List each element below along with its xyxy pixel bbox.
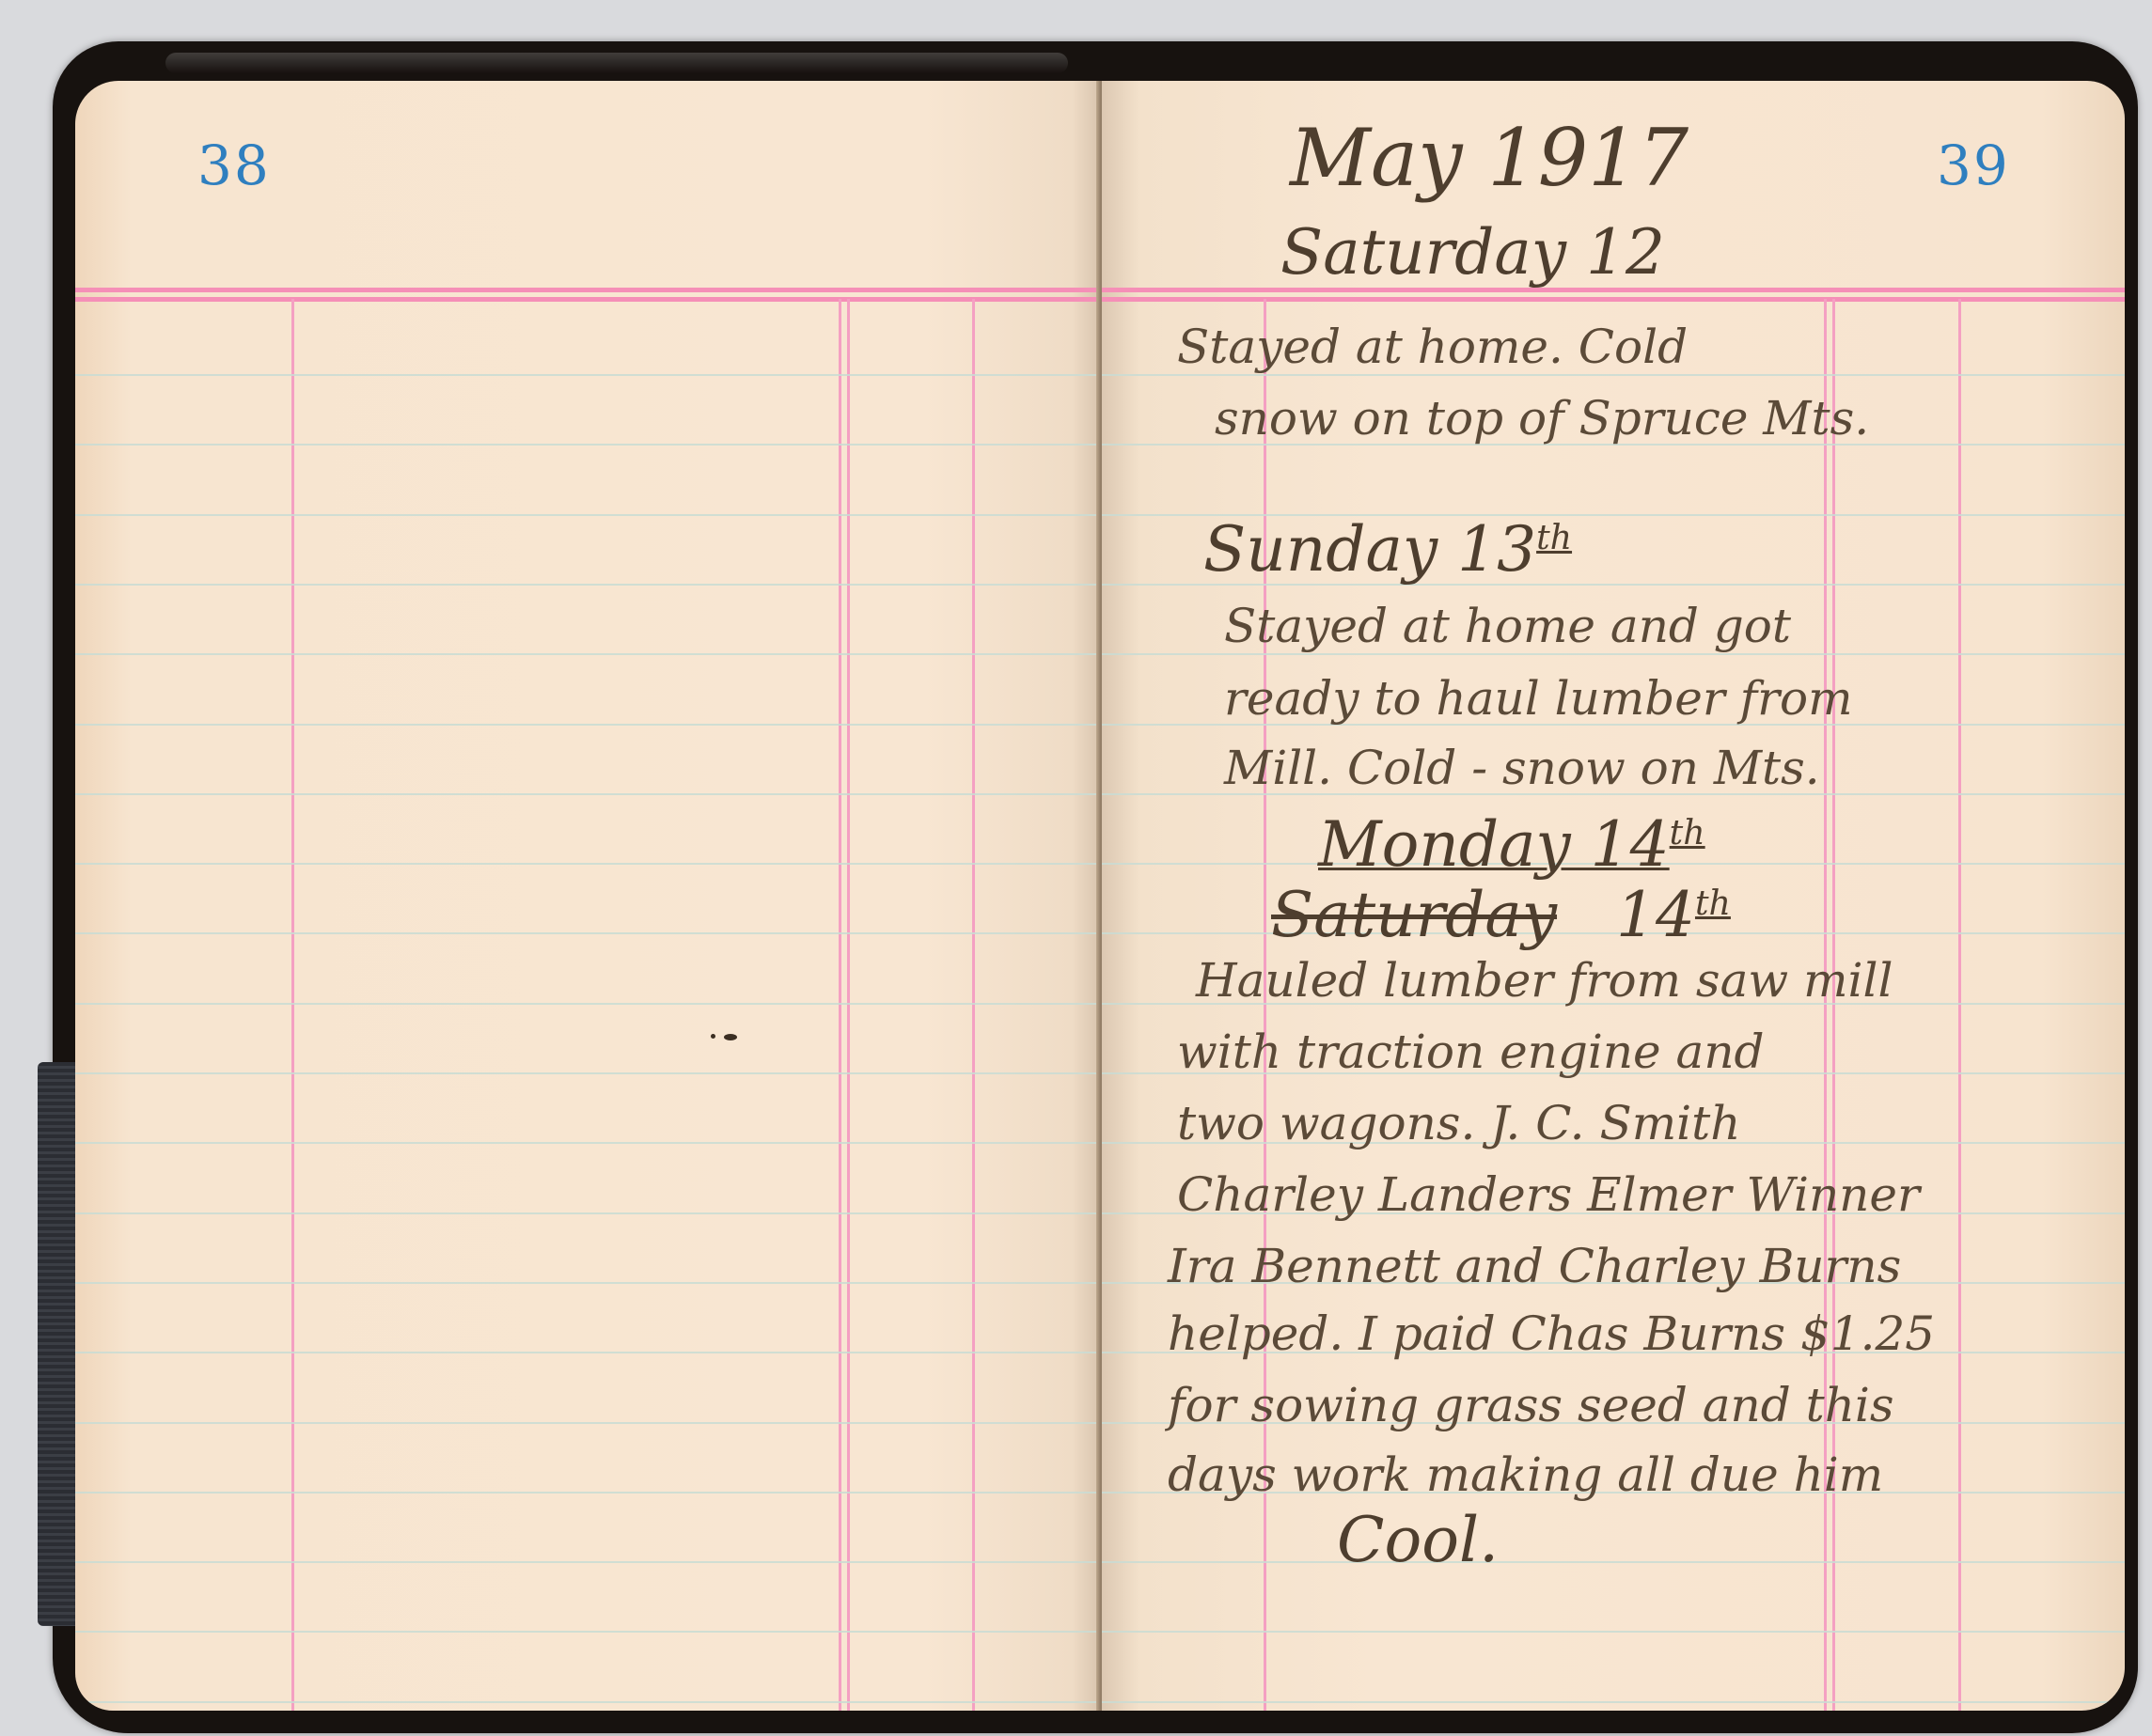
header-month-year: May 1917 [1290, 118, 1689, 197]
ruled-line [75, 863, 1100, 865]
ruled-line [75, 932, 1100, 934]
column-rule-single [972, 299, 975, 1711]
ruled-line [1102, 374, 2125, 376]
entry-line: snow on top of Spruce Mts. [1215, 395, 1869, 442]
entry-line: for sowing grass seed and this [1168, 1382, 1894, 1429]
entry-line: Mill. Cold - snow on Mts. [1224, 744, 1820, 791]
ruled-line [1102, 653, 2125, 655]
header-rule-bottom [1102, 297, 2125, 302]
ink-speck [724, 1034, 737, 1040]
entry-line: Ira Bennett and Charley Burns [1168, 1243, 1901, 1290]
header-rule-top [75, 288, 1100, 292]
ruled-line [1102, 1631, 2125, 1633]
ruled-line [75, 584, 1100, 586]
ruled-line [75, 1003, 1100, 1005]
column-rule-double-a [839, 299, 841, 1711]
entry-line: Cool. [1337, 1509, 1499, 1572]
ruled-line [75, 374, 1100, 376]
entry-line: Stayed at home and got [1224, 602, 1791, 649]
header-rule-bottom [75, 297, 1100, 302]
entry-heading: Sunday 13th [1203, 519, 1572, 581]
ruled-line [75, 1282, 1100, 1284]
entry-line: with traction engine and [1177, 1028, 1765, 1075]
margin-rule [291, 299, 294, 1711]
ruled-line [75, 1492, 1100, 1494]
ruled-line [75, 1561, 1100, 1563]
ruled-line [75, 514, 1100, 516]
entry-line: two wagons. J. C. Smith [1177, 1100, 1740, 1147]
entry-line: Hauled lumber from saw mill [1196, 957, 1893, 1004]
cover-sheen [165, 53, 1068, 73]
struck-heading: Saturday 14th [1271, 884, 1731, 946]
header-day: Saturday 12 [1280, 222, 1665, 284]
entry-line: days work making all due him [1168, 1451, 1883, 1498]
ruled-line [75, 444, 1100, 446]
page-number-right: 39 [1937, 133, 2010, 197]
ruled-line [75, 1352, 1100, 1353]
right-page: 39 May 1917 Saturday 12 Stayed at home. … [1102, 81, 2125, 1711]
ruled-line [75, 793, 1100, 795]
ruled-line [75, 1212, 1100, 1214]
entry-heading: Monday 14th [1318, 814, 1705, 876]
ruled-line [1102, 1701, 2125, 1703]
entry-line: helped. I paid Chas Burns $1.25 [1168, 1310, 1935, 1357]
column-rule-single [1958, 299, 1961, 1711]
column-rule-double-b [847, 299, 850, 1711]
ruled-line [75, 1422, 1100, 1424]
ruled-line [75, 1701, 1100, 1703]
entry-line: Stayed at home. Cold [1177, 323, 1688, 370]
ruled-line [75, 1072, 1100, 1074]
page-number-left: 38 [197, 133, 271, 197]
ruled-line [75, 653, 1100, 655]
ruled-line [1102, 1561, 2125, 1563]
ruled-line [75, 724, 1100, 726]
entry-line: Charley Landers Elmer Winner [1177, 1171, 1920, 1218]
entry-line: ready to haul lumber from [1224, 675, 1853, 722]
ruled-line [75, 1631, 1100, 1633]
ink-speck [711, 1034, 715, 1039]
left-page: 38 [75, 81, 1100, 1711]
ruled-line [75, 1142, 1100, 1144]
